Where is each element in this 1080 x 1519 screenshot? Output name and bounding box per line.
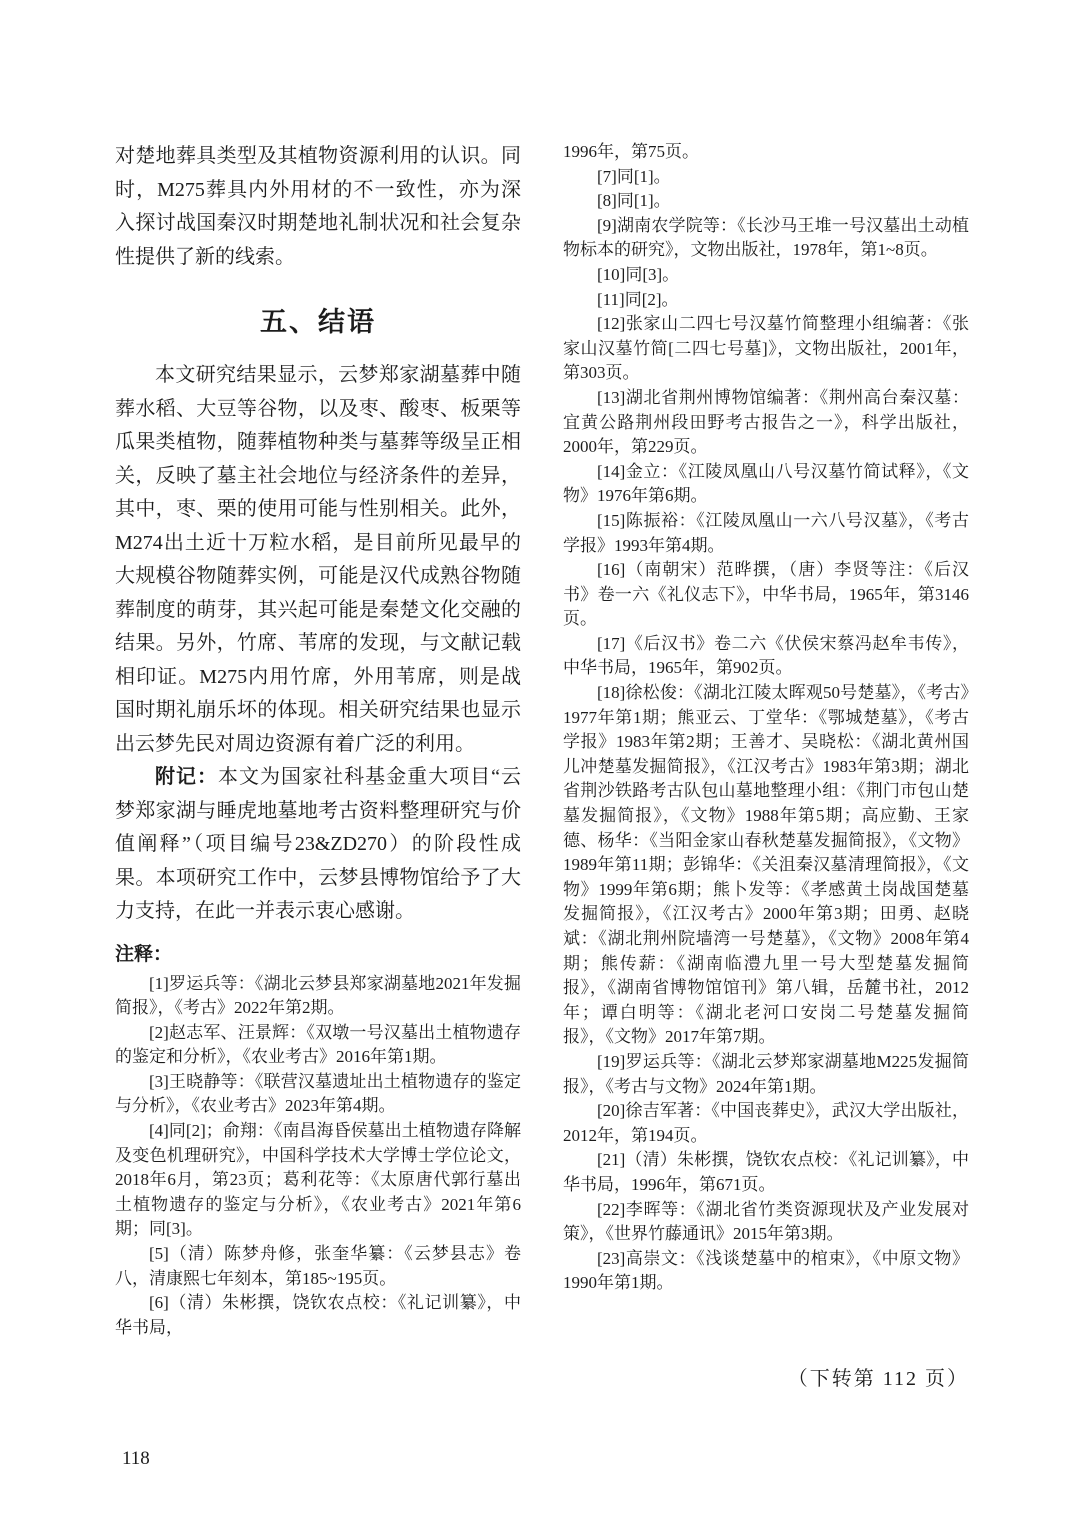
- note-item-14: [14]金立：《江陵凤凰山八号汉墓竹简试释》，《文物》1976年第6期。: [563, 460, 969, 509]
- conclusion-paragraph: 本文研究结果显示，云梦郑家湖墓葬中随葬水稻、大豆等谷物，以及枣、酸枣、板栗等瓜果…: [115, 359, 521, 761]
- note-item-7: [7]同[1]。: [563, 165, 969, 190]
- note-item-10: [10]同[3]。: [563, 263, 969, 288]
- right-column: 1996年，第75页。 [7]同[1]。 [8]同[1]。 [9]湖南农学院等：…: [563, 140, 969, 1296]
- page-number: 118: [122, 1448, 150, 1470]
- note-item-19: [19]罗运兵等：《湖北云梦郑家湖墓地M225发掘简报》，《考古与文物》2024…: [563, 1050, 969, 1099]
- note-item-6-continuation: 1996年，第75页。: [563, 140, 969, 165]
- note-item-13: [13]湖北省荆州博物馆编著：《荆州高台秦汉墓：宜黄公路荆州段田野考古报告之一》…: [563, 386, 969, 460]
- acknowledgment-paragraph: 附记：本文为国家社科基金重大项目“云梦郑家湖与睡虎地墓地考古资料整理研究与价值阐…: [115, 761, 521, 929]
- note-item-21: [21]（清）朱彬撰，饶钦农点校：《礼记训纂》，中华书局，1996年，第671页…: [563, 1148, 969, 1197]
- note-item-17: [17]《后汉书》卷二六《伏侯宋蔡冯赵牟韦传》，中华书局，1965年，第902页…: [563, 632, 969, 681]
- section-heading-conclusion: 五、结语: [115, 300, 521, 339]
- note-item-22: [22]李晖等：《湖北省竹类资源现状及产业发展对策》，《世界竹藤通讯》2015年…: [563, 1198, 969, 1247]
- note-item-3: [3]王晓静等：《联营汉墓遗址出土植物遗存的鉴定与分析》，《农业考古》2023年…: [115, 1070, 521, 1119]
- note-item-5: [5]（清）陈梦舟修，张奎华纂：《云梦县志》卷八，清康熙七年刻本，第185~19…: [115, 1242, 521, 1291]
- note-item-9: [9]湖南农学院等：《长沙马王堆一号汉墓出土动植物标本的研究》，文物出版社，19…: [563, 214, 969, 263]
- acknowledgment-label: 附记：: [155, 766, 218, 788]
- note-item-20: [20]徐吉军著：《中国丧葬史》，武汉大学出版社，2012年，第194页。: [563, 1099, 969, 1148]
- left-column: 对楚地葬具类型及其植物资源利用的认识。同时，M275葬具内外用材的不一致性，亦为…: [115, 140, 521, 1340]
- notes-heading: 注释：: [115, 939, 521, 966]
- note-item-12: [12]张家山二四七号汉墓竹简整理小组编著：《张家山汉墓竹简[二四七号墓]》，文…: [563, 312, 969, 386]
- acknowledgment-text: 本文为国家社科基金重大项目“云梦郑家湖与睡虎地墓地考古资料整理研究与价值阐释”（…: [115, 766, 521, 922]
- note-item-8: [8]同[1]。: [563, 189, 969, 214]
- note-item-4: [4]同[2]；俞翔：《南昌海昏侯墓出土植物遗存降解及变色机理研究》，中国科学技…: [115, 1119, 521, 1242]
- note-item-15: [15]陈振裕：《江陵凤凰山一六八号汉墓》，《考古学报》1993年第4期。: [563, 509, 969, 558]
- continued-on-page-note: （下转第 112 页）: [563, 1362, 969, 1391]
- intro-paragraph: 对楚地葬具类型及其植物资源利用的认识。同时，M275葬具内外用材的不一致性，亦为…: [115, 140, 521, 274]
- note-item-6: [6]（清）朱彬撰，饶钦农点校：《礼记训纂》，中华书局，: [115, 1291, 521, 1340]
- note-item-2: [2]赵志军、汪景辉：《双墩一号汉墓出土植物遗存的鉴定和分析》，《农业考古》20…: [115, 1021, 521, 1070]
- note-item-16: [16]（南朝宋）范晔撰，（唐）李贤等注：《后汉书》卷一六《礼仪志下》，中华书局…: [563, 558, 969, 632]
- note-item-23: [23]高崇文：《浅谈楚墓中的棺束》，《中原文物》1990年第1期。: [563, 1247, 969, 1296]
- paper-page: 对楚地葬具类型及其植物资源利用的认识。同时，M275葬具内外用材的不一致性，亦为…: [0, 0, 1080, 1519]
- note-item-18: [18]徐松俊：《湖北江陵太晖观50号楚墓》，《考古》1977年第1期；熊亚云、…: [563, 681, 969, 1050]
- note-item-11: [11]同[2]。: [563, 288, 969, 313]
- note-item-1: [1]罗运兵等：《湖北云梦县郑家湖墓地2021年发掘简报》，《考古》2022年第…: [115, 972, 521, 1021]
